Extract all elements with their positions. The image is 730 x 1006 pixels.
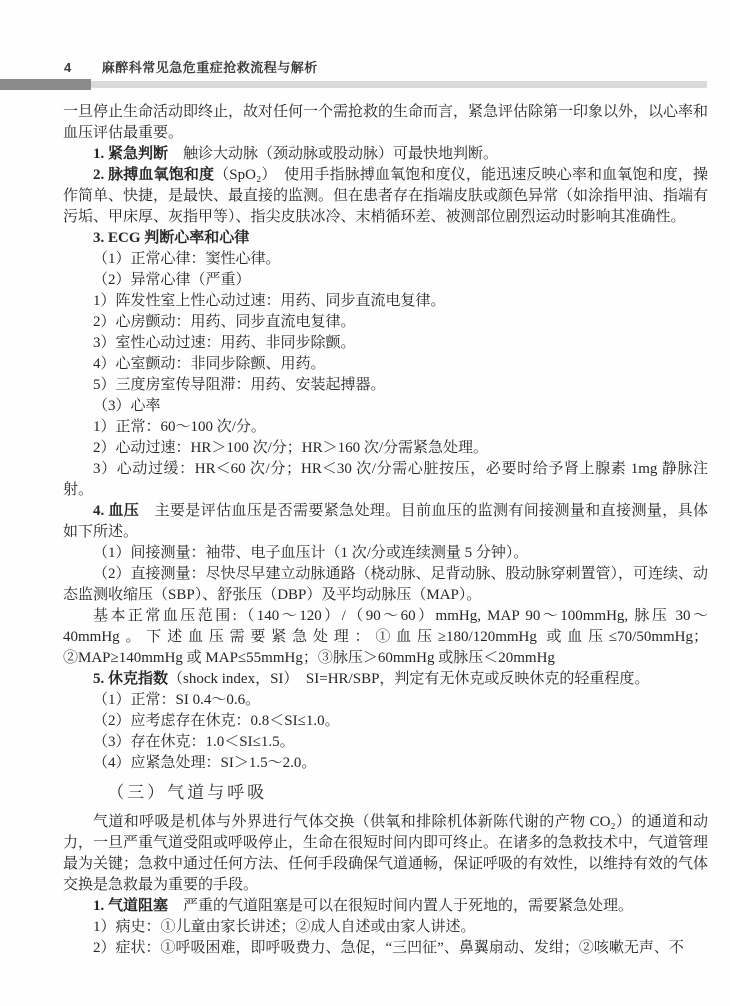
paragraph: 2）症状：①呼吸困难，即呼吸费力、急促，“三凹征”、鼻翼扇动、发绀；②咳嗽无声、… xyxy=(63,938,708,959)
paragraph: 3）心动过缓：HR＜60 次/分；HR＜30 次/分需心脏按压，必要时给予肾上腺… xyxy=(63,459,708,501)
paragraph: 1）病史：①儿童由家长讲述；②成人自述或由家人讲述。 xyxy=(63,917,708,938)
paragraph: 2）心动过速：HR＞100 次/分；HR＞160 次/分需紧急处理。 xyxy=(63,438,708,459)
paragraph: 3. ECG 判断心率和心律 xyxy=(63,228,708,249)
paragraph: 1. 紧急判断 触诊大动脉（颈动脉或股动脉）可最快地判断。 xyxy=(63,144,708,165)
paragraph: 基本正常血压范围:（140～120）/（90～60）mmHg, MAP 90～1… xyxy=(63,606,708,669)
paragraph: 气道和呼吸是机体与外界进行气体交换（供氧和排除机体新陈代谢的产物 CO₂）的通道… xyxy=(63,812,708,896)
header-rule-dark xyxy=(0,79,91,90)
paragraph-lead: 5. 休克指数 xyxy=(93,671,168,687)
paragraph: 5）三度房室传导阻滞：用药、安装起搏器。 xyxy=(63,375,708,396)
paragraph: 4. 血压 主要是评估血压是否需要紧急处理。目前血压的监测有间接测量和直接测量，… xyxy=(63,501,708,543)
page-header: 4 麻醉科常见急危重症抢救流程与解析 xyxy=(64,57,318,76)
paragraph: 3）室性心动过速：用药、非同步除颤。 xyxy=(63,333,708,354)
paragraph: 1. 气道阻塞 严重的气道阻塞是可以在很短时间内置人于死地的，需要紧急处理。 xyxy=(63,896,708,917)
paragraph: （3）存在休克：1.0＜SI≤1.5。 xyxy=(63,732,708,753)
paragraph: 4）心室颤动：非同步除颤、用药。 xyxy=(63,354,708,375)
paragraph: （2）应考虑存在休克：0.8＜SI≤1.0。 xyxy=(63,711,708,732)
book-page: 4 麻醉科常见急危重症抢救流程与解析 一旦停止生命活动即终止，故对任何一个需抢救… xyxy=(0,0,730,1006)
paragraph-lead: 3. ECG 判断心率和心律 xyxy=(93,230,249,246)
paragraph: 一旦停止生命活动即终止，故对任何一个需抢救的生命而言，紧急评估除第一印象以外，以… xyxy=(63,102,708,144)
paragraph: （4）应紧急处理：SI＞1.5～2.0。 xyxy=(63,753,708,774)
paragraph: （1）正常心律：窦性心律。 xyxy=(63,249,708,270)
paragraph: 1）正常：60～100 次/分。 xyxy=(63,417,708,438)
header-rule-light xyxy=(91,81,707,88)
paragraph-lead: 1. 紧急判断 xyxy=(93,146,168,162)
body-blocks: 一旦停止生命活动即终止，故对任何一个需抢救的生命而言，紧急评估除第一印象以外，以… xyxy=(63,102,708,959)
paragraph: 2）心房颤动：用药、同步直流电复律。 xyxy=(63,312,708,333)
paragraph: （1）间接测量：袖带、电子血压计（1 次/分或连续测量 5 分钟）。 xyxy=(63,543,708,564)
paragraph: 5. 休克指数（shock index，SI） SI=HR/SBP，判定有无休克… xyxy=(63,669,708,690)
running-title: 麻醉科常见急危重症抢救流程与解析 xyxy=(102,57,318,76)
paragraph: 1）阵发性室上性心动过速：用药、同步直流电复律。 xyxy=(63,291,708,312)
section-heading: （三）气道与呼吸 xyxy=(63,782,708,803)
paragraph: （2）直接测量：尽快尽早建立动脉通路（桡动脉、足背动脉、股动脉穿刺置管），可连续… xyxy=(63,564,708,606)
paragraph-lead: 2. 脉搏血氧饱和度 xyxy=(93,167,214,183)
paragraph-lead: 1. 气道阻塞 xyxy=(93,898,168,914)
paragraph: （3）心率 xyxy=(63,396,708,417)
page-number: 4 xyxy=(64,60,72,75)
paragraph: 2. 脉搏血氧饱和度（SpO₂） 使用手指脉搏血氧饱和度仪，能迅速反映心率和血氧… xyxy=(63,165,708,228)
paragraph-lead: 4. 血压 xyxy=(93,503,139,519)
paragraph: （2）异常心律（严重） xyxy=(63,270,708,291)
paragraph: （1）正常：SI 0.4～0.6。 xyxy=(63,690,708,711)
